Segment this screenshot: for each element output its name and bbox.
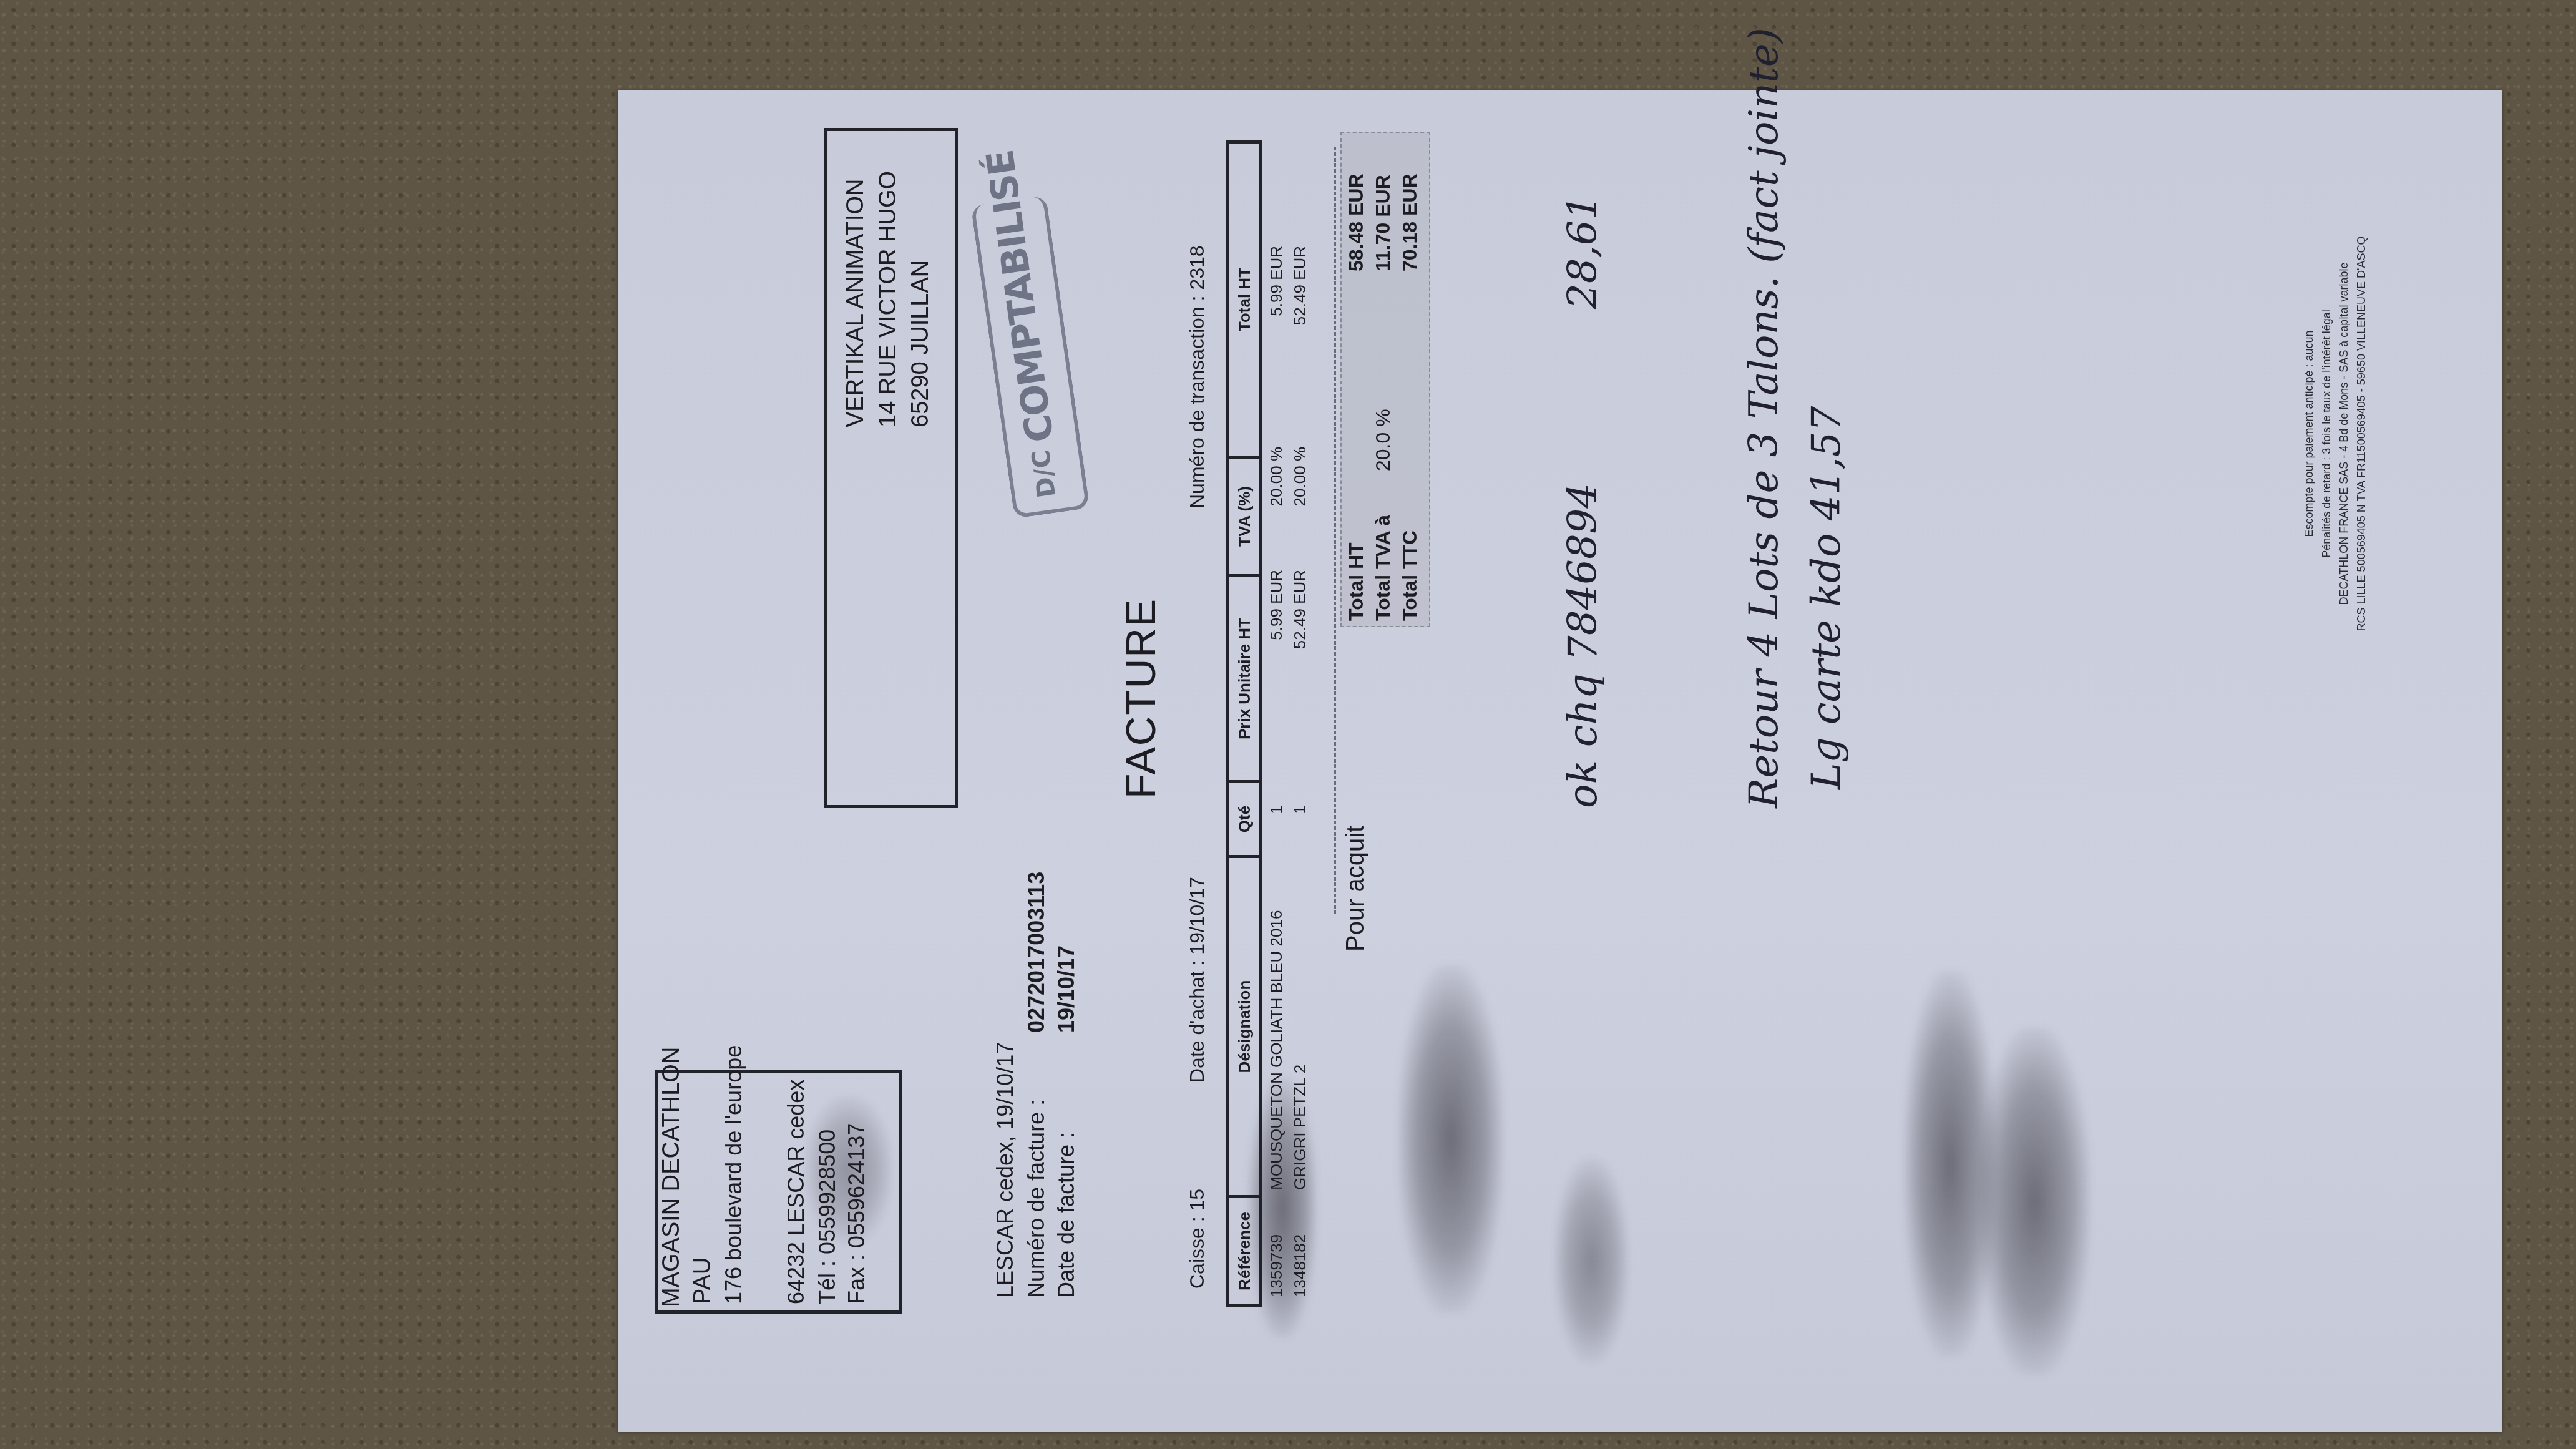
handwritten-amount: 28,61 — [1560, 195, 1606, 309]
cell-unit-price: 52.49 EUR — [1290, 566, 1310, 770]
customer-address: 14 RUE VICTOR HUGO — [875, 171, 902, 427]
total-ht-label: Total HT — [1345, 542, 1368, 621]
cell-qty: 1 — [1267, 770, 1286, 849]
pour-acquit: Pour acquit — [1342, 826, 1370, 952]
register-number: Caisse : 15 — [1186, 1189, 1209, 1289]
footer-company: DECATHLON FRANCE SAS - 4 Bd de Mons - SA… — [2338, 122, 2351, 746]
cell-tva: 20.00 % — [1267, 443, 1286, 566]
customer-name: VERTIKAL ANIMATION — [842, 179, 869, 427]
transaction-number: Numéro de transaction : 2318 — [1186, 245, 1209, 509]
footer-discount: Escompte pour paiement anticipé : aucun — [2303, 122, 2316, 746]
col-qty: Qté — [1229, 780, 1259, 855]
total-ttc-value: 70.18 EUR — [1398, 173, 1422, 271]
separator-dashed — [1334, 147, 1336, 914]
col-total-ht: Total HT — [1229, 144, 1259, 456]
handwritten-cheque-note: ok chq 7846894 — [1560, 483, 1606, 808]
cell-qty: 1 — [1290, 770, 1310, 849]
invoice-date-label: Date de facture : — [1053, 1132, 1080, 1298]
footer-penalties: Pénalités de retard : 3 fois le taux de … — [2320, 122, 2333, 746]
cell-unit-price: 5.99 EUR — [1267, 566, 1286, 770]
col-unit-price: Prix Unitaire HT — [1229, 574, 1259, 780]
invoice-date: 19/10/17 — [1053, 945, 1080, 1033]
cell-tva: 20.00 % — [1290, 443, 1310, 566]
cell-total-ht: 52.49 EUR — [1290, 242, 1310, 443]
invoice-number-label: Numéro de facture : — [1023, 1100, 1050, 1298]
page-title: FACTURE — [1117, 598, 1164, 799]
toner-smudge — [805, 1095, 892, 1245]
total-ttc-label: Total TTC — [1398, 530, 1422, 621]
cell-total-ht: 5.99 EUR — [1267, 242, 1286, 443]
tva-rate: 20.0 % — [1372, 409, 1395, 471]
toner-smudge — [1554, 1158, 1629, 1364]
total-tva-value: 11.70 EUR — [1372, 175, 1395, 271]
handwritten-gift-card-note: Lg carte kdo 41,57 — [1803, 406, 1850, 789]
toner-smudge — [1398, 964, 1504, 1314]
seller-address: 176 boulevard de l'europe — [721, 1045, 747, 1304]
col-tva: TVA (%) — [1229, 456, 1259, 574]
place-date: LESCAR cedex, 19/10/17 — [992, 1042, 1018, 1298]
stamp-text: COMPTABILISÉ — [978, 148, 1063, 444]
total-ht-value: 58.48 EUR — [1345, 173, 1368, 271]
comptabilise-stamp: D/C COMPTABILISÉ — [970, 195, 1090, 519]
customer-postcode-city: 65290 JUILLAN — [907, 260, 934, 427]
handwritten-return-note: Retour 4 Lots de 3 Talons. (fact jointe) — [1741, 27, 1787, 808]
toner-smudge — [1248, 1076, 1317, 1339]
invoice-document: MAGASIN DECATHLON PAU 176 boulevard de l… — [618, 90, 2502, 1432]
footer-registration: RCS LILLE 500569405 N TVA FR11500569405 … — [2355, 122, 2368, 746]
purchase-date: Date d'achat : 19/10/17 — [1186, 877, 1209, 1083]
invoice-number: 0272017003113 — [1023, 872, 1050, 1033]
toner-smudge — [1978, 1027, 2091, 1376]
stamp-initials: D/C — [1027, 448, 1061, 500]
seller-city: PAU — [690, 1257, 716, 1304]
total-tva-label: Total TVA à — [1372, 515, 1395, 621]
seller-name: MAGASIN DECATHLON — [658, 1047, 685, 1307]
